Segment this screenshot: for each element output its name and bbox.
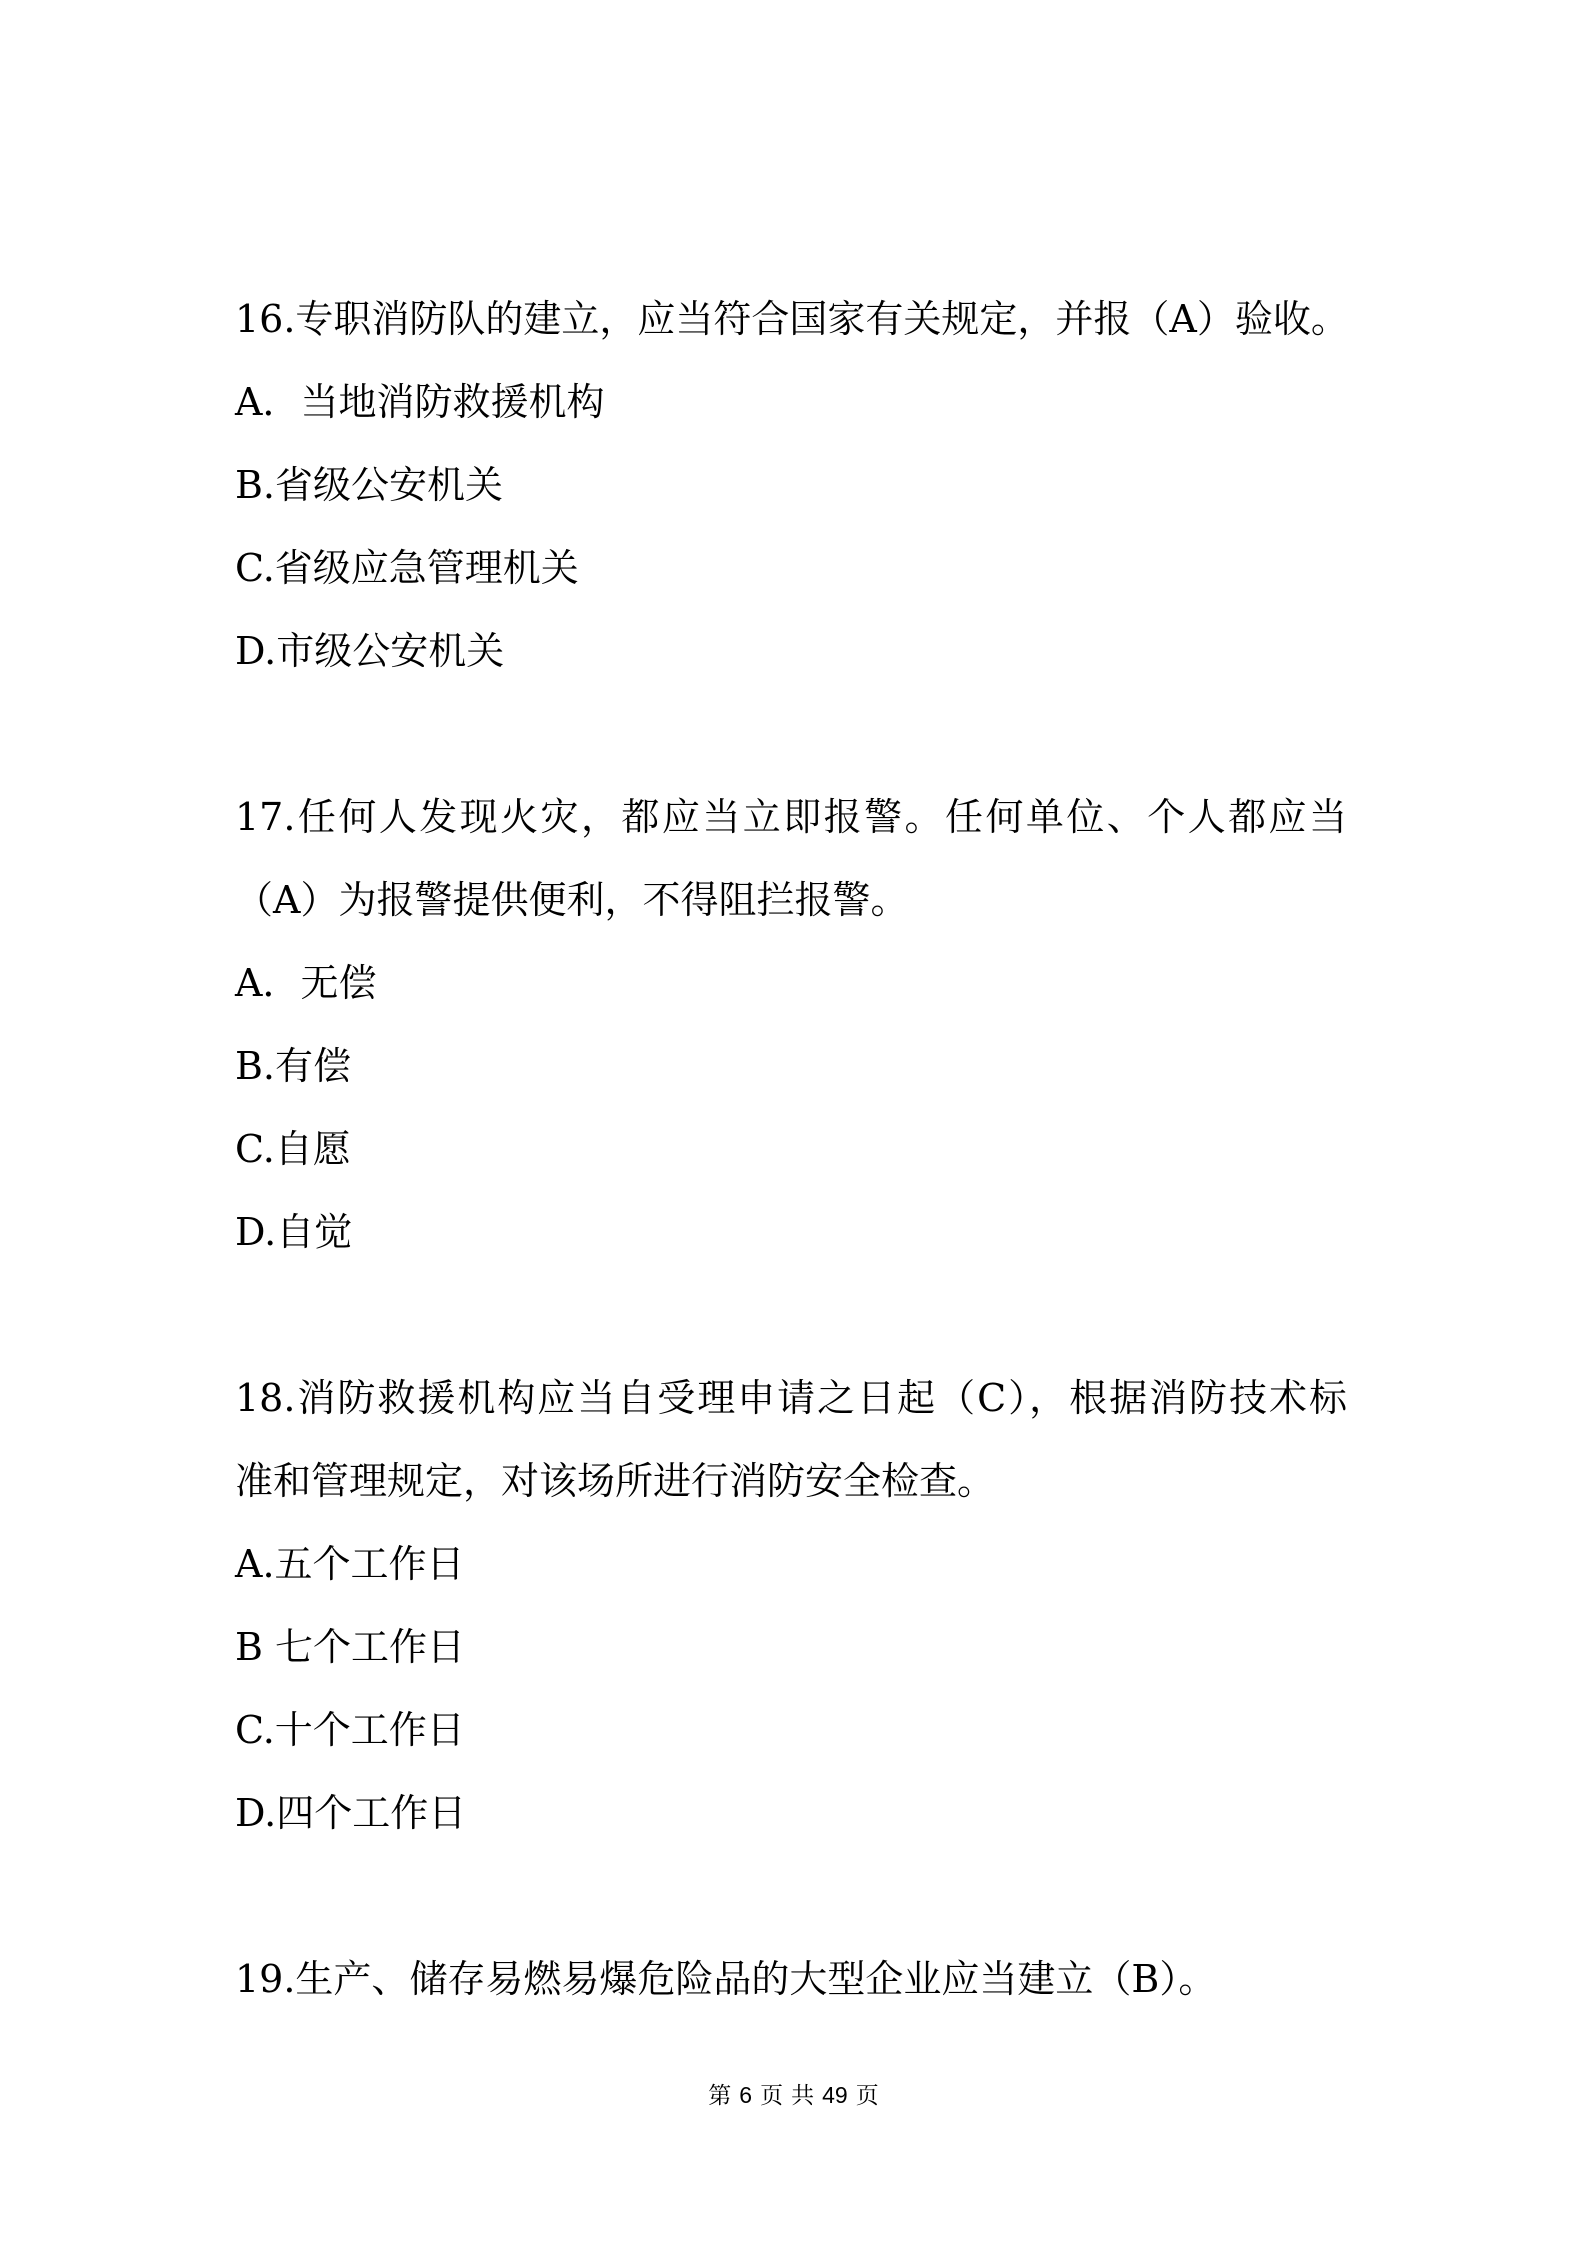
document-page: 16.专职消防队的建立，应当符合国家有关规定，并报（A）验收。 A．当地消防救援… <box>0 0 1587 2245</box>
question-16-option-c: C.省级应急管理机关 <box>235 527 1347 610</box>
footer-total-pages: 49 <box>822 2082 848 2108</box>
page-content: 16.专职消防队的建立，应当符合国家有关规定，并报（A）验收。 A．当地消防救援… <box>235 278 1347 2021</box>
footer-page-number: 6 <box>739 2082 752 2108</box>
question-16-option-b: B.省级公安机关 <box>235 444 1347 527</box>
question-16-option-d: D.市级公安机关 <box>235 610 1347 693</box>
question-16-stem-line-1: 16.专职消防队的建立，应当符合国家有关规定，并报（A）验收。 <box>235 278 1347 361</box>
question-16-option-a: A．当地消防救援机构 <box>235 361 1347 444</box>
footer-prefix-label: 第 <box>708 2083 731 2109</box>
question-17-option-c: C.自愿 <box>235 1108 1347 1191</box>
question-19: 19.生产、储存易燃易爆危险品的大型企业应当建立（B）。 <box>235 1938 1347 2021</box>
footer-total-label: 共 <box>791 2083 814 2109</box>
question-19-stem-line-1: 19.生产、储存易燃易爆危险品的大型企业应当建立（B）。 <box>235 1938 1347 2021</box>
question-18-stem-line-2: 准和管理规定，对该场所进行消防安全检查。 <box>235 1440 1347 1523</box>
question-18: 18.消防救援机构应当自受理申请之日起（C），根据消防技术标 准和管理规定，对该… <box>235 1357 1347 1855</box>
question-17-stem-line-2: （A）为报警提供便利，不得阻拦报警。 <box>235 859 1347 942</box>
question-18-option-b: B 七个工作日 <box>235 1606 1347 1689</box>
question-18-option-d: D.四个工作日 <box>235 1772 1347 1855</box>
question-17-option-a: A．无偿 <box>235 942 1347 1025</box>
question-18-stem-line-1: 18.消防救援机构应当自受理申请之日起（C），根据消防技术标 <box>235 1357 1347 1440</box>
question-17-option-d: D.自觉 <box>235 1191 1347 1274</box>
question-17-stem-line-1: 17.任何人发现火灾，都应当立即报警。任何单位、个人都应当 <box>235 776 1347 859</box>
footer-page-label: 页 <box>760 2083 783 2109</box>
question-17: 17.任何人发现火灾，都应当立即报警。任何单位、个人都应当 （A）为报警提供便利… <box>235 776 1347 1274</box>
question-16: 16.专职消防队的建立，应当符合国家有关规定，并报（A）验收。 A．当地消防救援… <box>235 278 1347 693</box>
footer-suffix-label: 页 <box>856 2083 879 2109</box>
question-18-option-c: C.十个工作日 <box>235 1689 1347 1772</box>
page-footer: 第6页共49页 <box>0 2082 1587 2109</box>
question-18-option-a: A.五个工作日 <box>235 1523 1347 1606</box>
question-17-option-b: B.有偿 <box>235 1025 1347 1108</box>
